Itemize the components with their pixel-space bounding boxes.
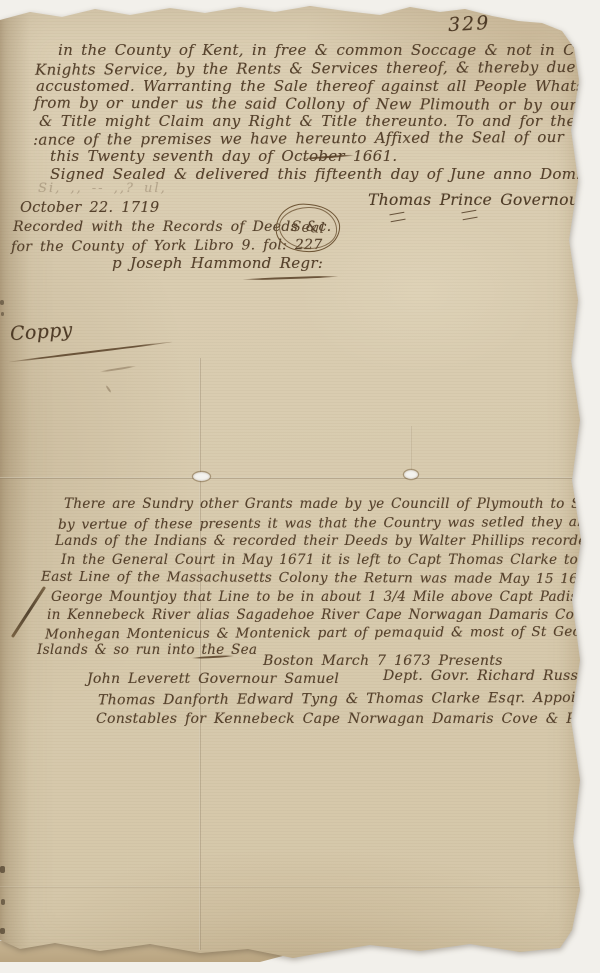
- deed-line: accustomed. Warranting the Sale thereof …: [36, 77, 600, 95]
- stray-mark: [105, 385, 112, 394]
- copy-annotation: Coppy: [9, 319, 73, 345]
- edge-speck: [2, 944, 6, 949]
- grants-line: In the General Court in May 1671 it is l…: [61, 552, 600, 568]
- page-number: 329: [447, 12, 490, 36]
- grants-line: There are Sundry other Grants made by ye…: [64, 496, 600, 512]
- grants-line: East Line of the Massachusetts Colony th…: [41, 569, 600, 588]
- edge-speck: [0, 866, 5, 873]
- horizontal-fold-crease: [0, 477, 585, 479]
- grants-line: by vertue of these presents it was that …: [58, 513, 600, 532]
- governor-signature: Thomas Prince Governour: [368, 191, 587, 209]
- paper-hole: [193, 472, 210, 481]
- faded-scribble: Si, ,, -- ,,? ul,: [38, 181, 167, 196]
- edge-speck: [1, 899, 5, 905]
- edge-speck: [0, 300, 4, 305]
- deed-line: Knights Service, by the Rents & Services…: [35, 57, 600, 78]
- deed-line: :ance of the premises we have hereunto A…: [33, 127, 600, 148]
- court-names-left: John Leverett Governour Samuel: [87, 671, 339, 687]
- signature-mark: [389, 212, 405, 222]
- stray-mark: [100, 365, 136, 373]
- margin-slash-mark: [11, 586, 46, 638]
- paper-wrapper: 329 in the County of Kent, in free & com…: [0, 0, 600, 973]
- grants-line: Monhegan Montenicus & Montenick part of …: [45, 624, 600, 643]
- deed-line: in the County of Kent, in free & common …: [58, 41, 600, 59]
- court-heading: Boston March 7 1673 Presents: [263, 653, 503, 669]
- seal-inner-ring: [279, 206, 338, 249]
- copy-underline-swash: [8, 341, 172, 363]
- horizontal-fold-crease: [0, 886, 580, 888]
- grants-line: George Mountjoy that Line to be in about…: [51, 589, 600, 605]
- court-names-line: Thomas Danforth Edward Tyng & Thomas Cla…: [98, 690, 600, 709]
- edge-speck: [0, 928, 5, 934]
- court-names-right: Dept. Govr. Richard Russell: [383, 668, 596, 684]
- court-names-line: Constables for Kennebeck Cape Norwagan D…: [96, 711, 600, 727]
- registrar-attestation: p Joseph Hammond Regr:: [112, 254, 323, 272]
- edge-speck: [1, 312, 4, 316]
- grants-line: in Kennebeck River alias Sagadehoe River…: [47, 607, 590, 623]
- paper-hole: [404, 470, 418, 479]
- manuscript-scan-page: { "page": { "number": "329", "copy_label…: [0, 0, 600, 973]
- grants-line: Lands of the Indians & recorded their De…: [55, 533, 600, 549]
- registrar-underline: [243, 275, 338, 281]
- recording-line: for the County of York Libro 9. fol: 227: [11, 237, 323, 255]
- signature-mark: [461, 210, 477, 220]
- paper-sheet: 329 in the County of Kent, in free & com…: [0, 0, 600, 973]
- recording-date: October 22. 1719: [20, 200, 159, 216]
